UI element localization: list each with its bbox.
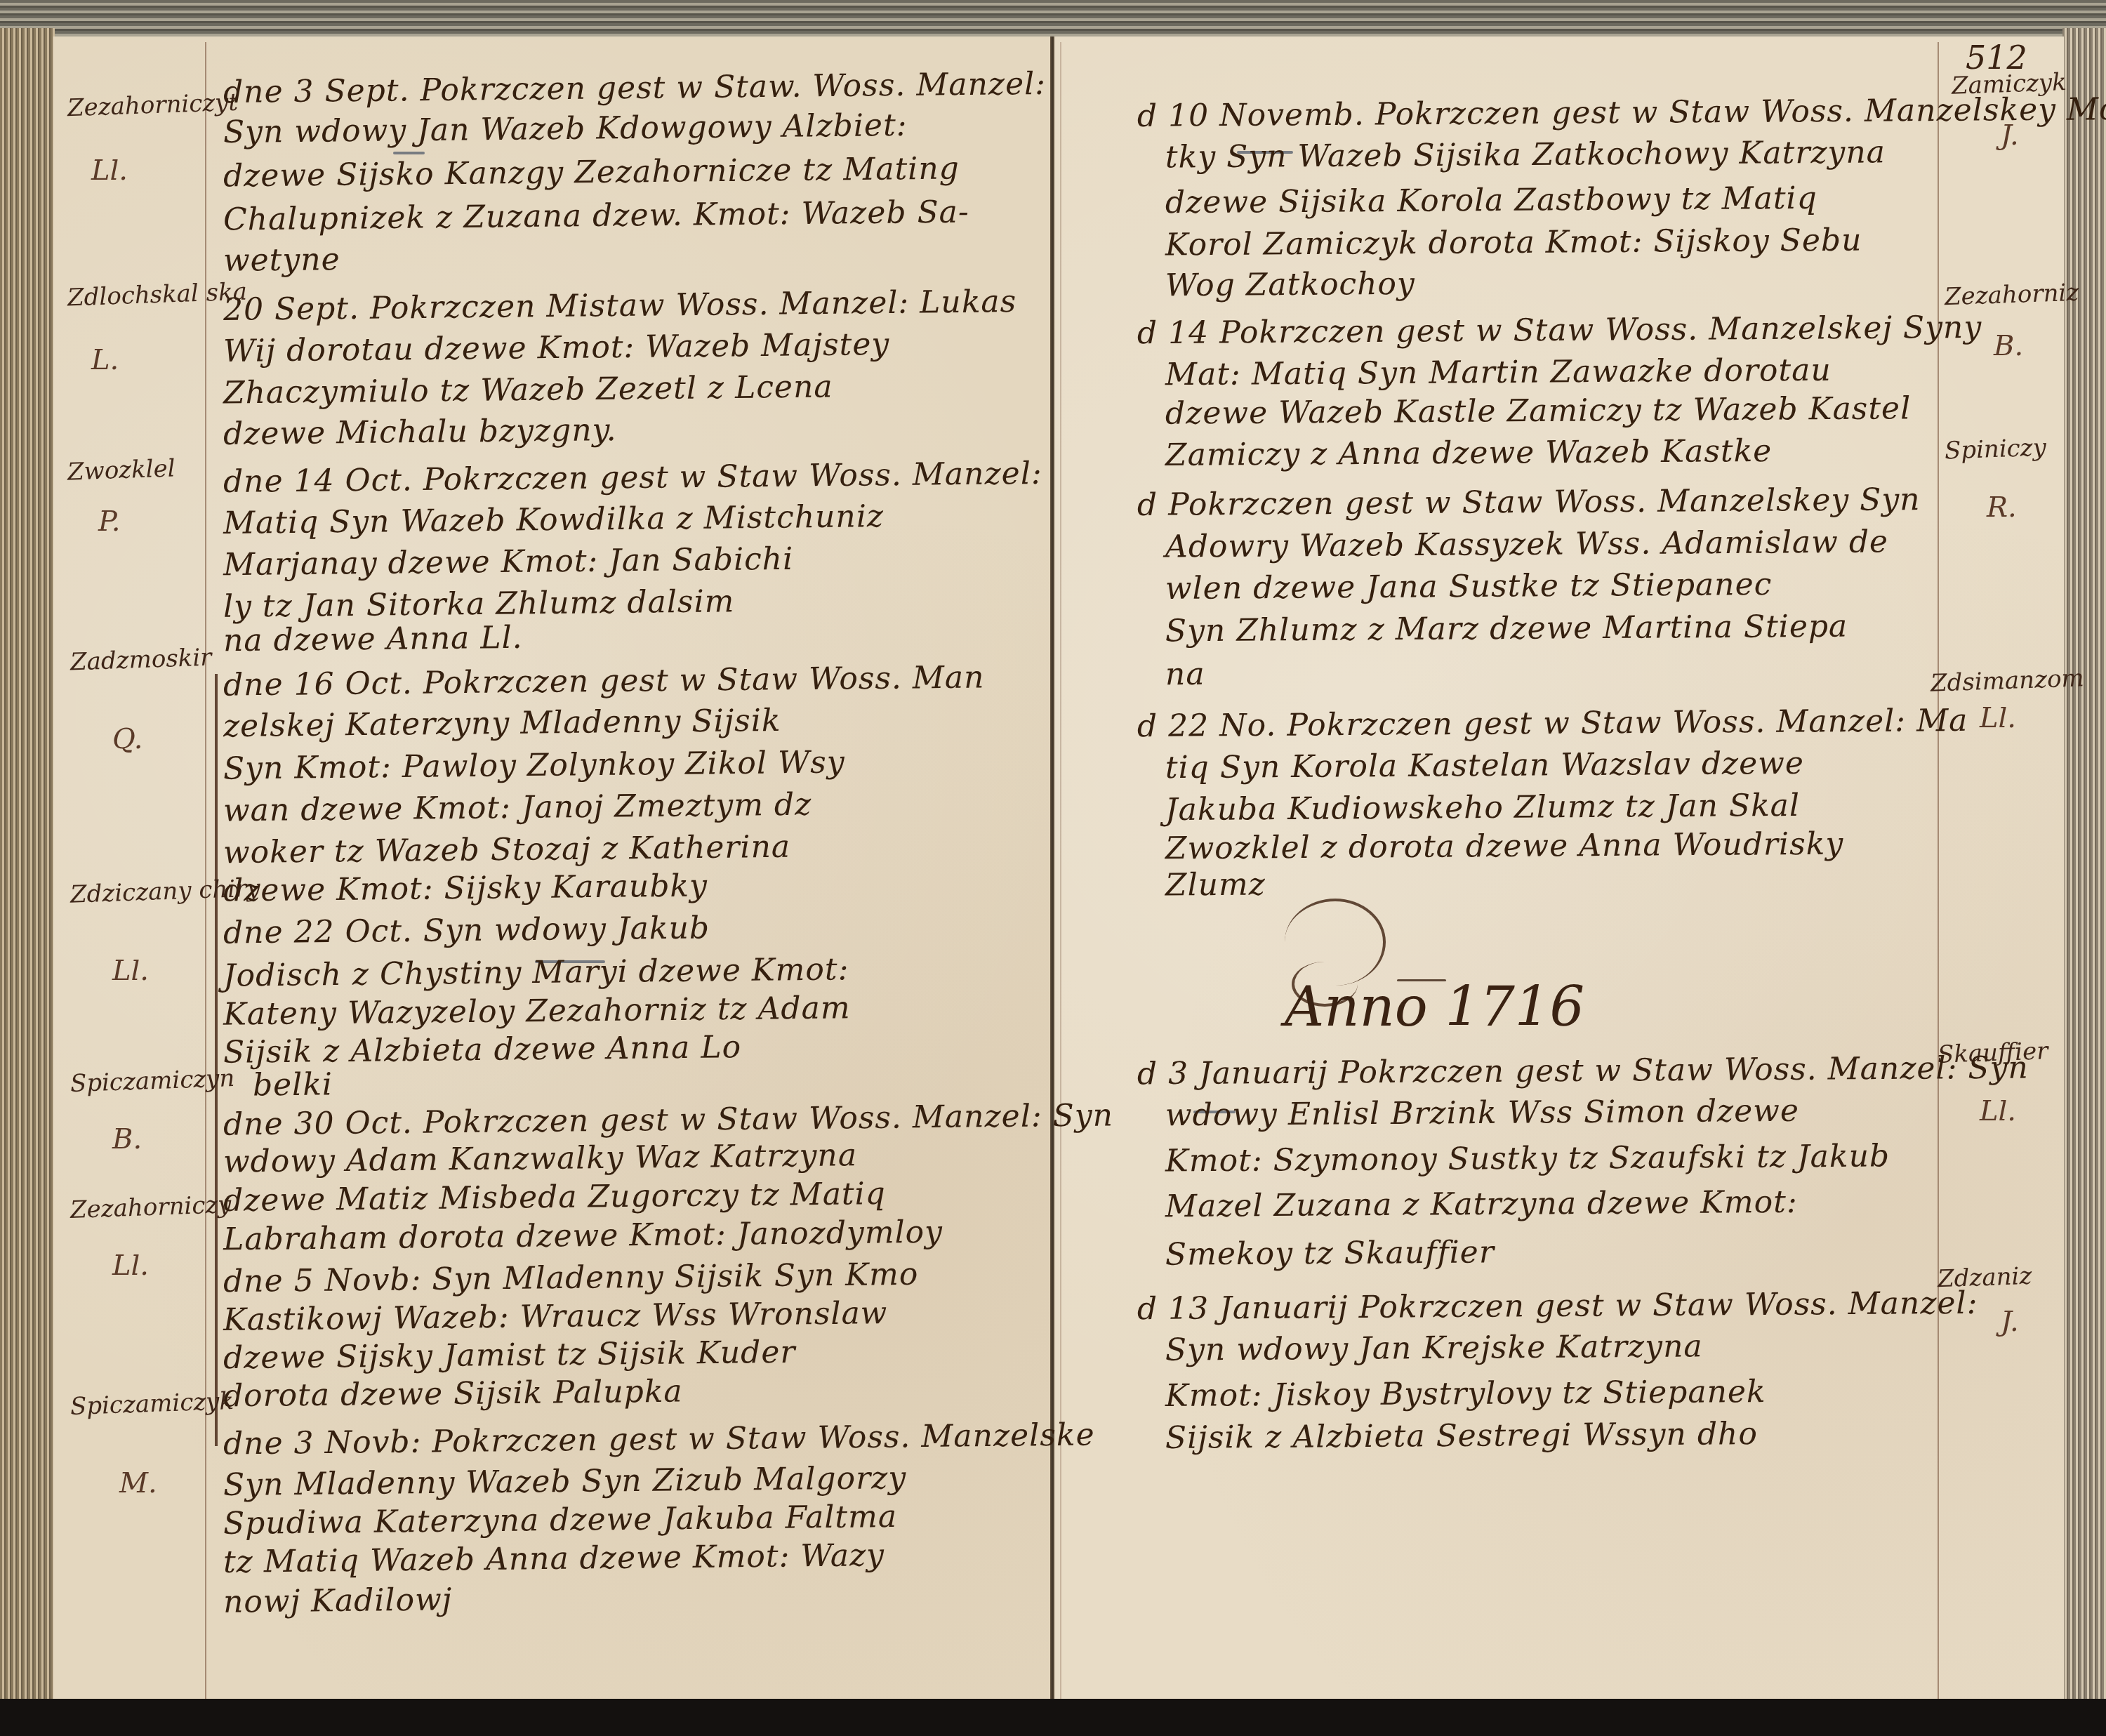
- year-heading: Anno 1716: [1285, 976, 1584, 1039]
- text-line: Kmot: Szymonoy Sustky tz Szaufski tz Jak…: [1165, 1138, 1890, 1179]
- background-surface: [0, 1699, 2106, 1736]
- left-margin-rule-heavy: [215, 674, 218, 1446]
- text-line: Syn Mladenny Wazeb Syn Zizub Malgorzy: [223, 1460, 907, 1503]
- text-line: dzewe Sijsky Jamist tz Sijsik Kuder: [223, 1334, 796, 1377]
- pencil-underline: [393, 152, 425, 154]
- margin-sign: Ll.: [112, 1250, 149, 1282]
- margin-sign: L.: [91, 344, 119, 376]
- right-margin-rule: [1938, 42, 1939, 1699]
- margin-sign: Ll.: [112, 955, 149, 987]
- text-line: Marjanay dzewe Kmot: Jan Sabichi: [223, 541, 794, 583]
- margin-sign: Ll.: [1980, 702, 2016, 734]
- margin-sign: Ll.: [1980, 1095, 2016, 1127]
- margin-sign: J.: [2001, 1306, 2019, 1338]
- margin-name: Spiczamiczyk: [69, 1387, 234, 1421]
- text-line: Syn Zhlumz z Marz dzewe Martina Stiepa: [1165, 609, 1848, 649]
- text-line: Jodisch z Chystiny Maryi dzewe Kmot:: [223, 951, 849, 993]
- margin-name: Zadzmoskir: [69, 643, 212, 676]
- text-line: dne 5 Novb: Syn Mladenny Sijsik Syn Kmo: [223, 1257, 919, 1299]
- text-line: dzewe Matiz Misbeda Zugorczy tz Matiq: [223, 1176, 886, 1219]
- text-line: Kastikowj Wazeb: Wraucz Wss Wronslaw: [223, 1295, 888, 1338]
- text-line: Sijsik z Alzbieta dzewe Anna Lo: [223, 1029, 741, 1071]
- text-line: Sijsik z Alzbieta Sestregi Wssyn dho: [1165, 1416, 1758, 1456]
- text-line: Wog Zatkochoy: [1165, 266, 1415, 303]
- text-line: belki: [253, 1066, 333, 1103]
- text-line: na: [1165, 656, 1205, 692]
- text-line: dzewe Michalu bzyzgny.: [223, 412, 617, 452]
- text-line: d 22 No. Pokrzczen gest w Staw Woss. Man…: [1137, 703, 1968, 744]
- margin-sign: P.: [98, 505, 121, 538]
- margin-name: Spiczamiczyn: [69, 1064, 235, 1098]
- margin-name: Spiniczy: [1944, 433, 2046, 465]
- text-line: na dzewe Anna Ll.: [223, 620, 523, 658]
- text-line: wdowy Enlisl Brzink Wss Simon dzewe: [1165, 1093, 1799, 1133]
- text-line: d 10 Novemb. Pokrzczen gest w Staw Woss.…: [1137, 91, 2106, 134]
- text-line: Mazel Zuzana z Katrzyna dzewe Kmot:: [1165, 1184, 1798, 1224]
- text-line: tz Matiq Wazeb Anna dzewe Kmot: Wazy: [223, 1537, 885, 1580]
- margin-name: Zezahorniz: [1944, 279, 2079, 312]
- text-line: tky Syn Wazeb Sijsika Zatkochowy Katrzyn…: [1165, 134, 1886, 175]
- text-line: Jakuba Kudiowskeho Zlumz tz Jan Skal: [1165, 788, 1800, 828]
- text-line: Syn Kmot: Pawloy Zolynkoy Zikol Wsy: [223, 744, 845, 786]
- text-line: Smekoy tz Skauffier: [1165, 1234, 1495, 1272]
- text-line: d 3 Januarij Pokrzczen gest w Staw Woss.…: [1137, 1050, 2029, 1092]
- text-line: d Pokrzczen gest w Staw Woss. Manzelskey…: [1137, 482, 1921, 523]
- text-line: woker tz Wazeb Stozaj z Katherina: [223, 829, 791, 870]
- margin-sign: B.: [112, 1123, 142, 1155]
- text-line: nowj Kadilowj: [223, 1582, 453, 1619]
- margin-sign: M.: [119, 1467, 157, 1499]
- text-line: wlen dzewe Jana Sustke tz Stiepanec: [1165, 566, 1773, 607]
- text-line: dzewe Sijsika Korola Zastbowy tz Matiq: [1165, 180, 1817, 220]
- margin-sign: Q.: [112, 723, 143, 755]
- text-line: Zwozklel z dorota dzewe Anna Woudrisky: [1165, 826, 1844, 867]
- margin-sign: R.: [1987, 491, 2017, 524]
- margin-sign: B.: [1994, 330, 2023, 362]
- text-line: Zlumz: [1165, 867, 1266, 903]
- margin-name: Zezahorniczy: [69, 1191, 232, 1224]
- text-line: wetyne: [223, 241, 340, 279]
- text-line: Spudiwa Katerzyna dzewe Jakuba Faltma: [223, 1499, 898, 1542]
- text-line: dorota dzewe Sijsik Palupka: [223, 1374, 683, 1414]
- text-line: Matiq Syn Wazeb Kowdilka z Mistchuniz: [223, 498, 885, 541]
- page-stack-left-edge: [0, 28, 55, 1720]
- text-line: d 14 Pokrzczen gest w Staw Woss. Manzels…: [1137, 310, 1982, 351]
- text-line: dzewe Kmot: Sijsky Karaubky: [223, 868, 708, 908]
- margin-name: Zezahorniczyt: [67, 88, 238, 122]
- text-line: wdowy Adam Kanzwalky Waz Katrzyna: [223, 1137, 858, 1179]
- text-line: ly tz Jan Sitorka Zhlumz dalsim: [223, 583, 735, 625]
- text-line: Kmot: Jiskoy Bystrylovy tz Stiepanek: [1165, 1374, 1766, 1414]
- text-line: Korol Zamiczyk dorota Kmot: Sijskoy Sebu: [1165, 223, 1862, 263]
- page-stack-top-edge: [0, 0, 2106, 42]
- text-line: Syn wdowy Jan Wazeb Kdowgowy Alzbiet:: [223, 107, 908, 150]
- text-line: zelskej Katerzyny Mladenny Sijsik: [223, 703, 781, 744]
- margin-name: Zdsimanzom: [1930, 664, 2084, 698]
- text-line: Wij dorotau dzewe Kmot: Wazeb Majstey: [223, 326, 890, 369]
- year-underline: [1397, 979, 1446, 981]
- open-book-spread: 512 Zezahorniczyt Ll. Zdlochskal ska L. …: [0, 0, 2106, 1736]
- text-line: Zamiczy z Anna dzewe Wazeb Kastke: [1165, 433, 1773, 473]
- text-line: wan dzewe Kmot: Janoj Zmeztym dz: [223, 787, 812, 829]
- text-line: Labraham dorota dzewe Kmot: Janozdymloy: [223, 1214, 943, 1258]
- text-line: Kateny Wazyzeloy Zezahorniz tz Adam: [223, 990, 851, 1032]
- text-line: dne 22 Oct. Syn wdowy Jakub: [223, 910, 710, 950]
- text-line: Zhaczymiulo tz Wazeb Zezetl z Lcena: [223, 369, 833, 411]
- margin-sign: Ll.: [91, 154, 128, 187]
- text-line: Syn wdowy Jan Krejske Katrzyna: [1165, 1328, 1703, 1367]
- text-line: Adowry Wazeb Kassyzek Wss. Adamislaw de: [1165, 524, 1888, 564]
- text-line: tiq Syn Korola Kastelan Wazslav dzewe: [1165, 746, 1804, 786]
- text-line: Mat: Matiq Syn Martin Zawazke dorotau: [1165, 352, 1832, 393]
- margin-name: Zwozklel: [67, 454, 175, 486]
- text-line: d 13 Januarij Pokrzczen gest w Staw Woss…: [1137, 1285, 1978, 1327]
- text-line: dzewe Wazeb Kastle Zamiczy tz Wazeb Kast…: [1165, 390, 1911, 431]
